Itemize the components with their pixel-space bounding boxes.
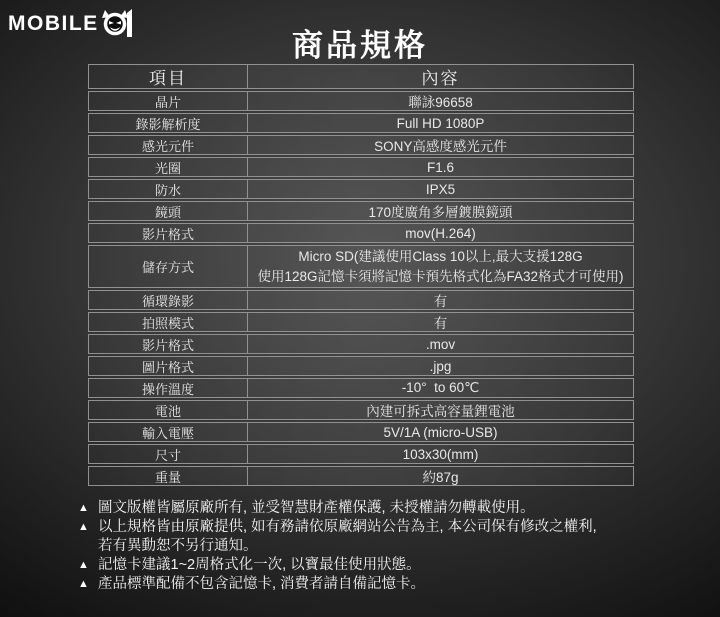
spec-sheet-page: MOBILE 商品規格 項目 內容 晶片 聯詠96658 錄影解析度 Full … <box>0 0 720 617</box>
spec-row-resolution: 錄影解析度 Full HD 1080P <box>88 113 634 133</box>
spec-value: IPX5 <box>248 180 633 198</box>
spec-row-photo-mode: 拍照模式 有 <box>88 312 634 332</box>
spec-row-video-format: 影片格式 mov(H.264) <box>88 223 634 243</box>
spec-label: 拍照模式 <box>89 313 248 331</box>
spec-label: 尺寸 <box>89 445 248 463</box>
spec-table-header: 項目 內容 <box>88 64 634 89</box>
footnote-specs-disclaimer-cont: 若有異動恕不另行通知。 <box>78 537 663 556</box>
spec-label: 光圈 <box>89 158 248 176</box>
spec-value: -10° to 60℃ <box>248 379 633 397</box>
spec-value: .mov <box>248 335 633 353</box>
footnote-text: 產品標準配備不包含記憶卡, 消費者請自備記憶卡。 <box>98 575 425 594</box>
triangle-bullet-icon: ▲ <box>78 518 98 537</box>
spec-label: 重量 <box>89 467 248 485</box>
spec-value: Full HD 1080P <box>248 114 633 132</box>
spec-row-loop-recording: 循環錄影 有 <box>88 290 634 310</box>
spec-label: 影片格式 <box>89 335 248 353</box>
spec-row-battery: 電池 內建可拆式高容量鋰電池 <box>88 400 634 420</box>
footnote-specs-disclaimer: ▲ 以上規格皆由原廠提供, 如有務請依原廠網站公告為主, 本公司保有修改之權利, <box>78 518 663 537</box>
spec-value: 有 <box>248 291 633 309</box>
triangle-bullet-icon: ▲ <box>78 575 98 594</box>
spec-value: 103x30(mm) <box>248 445 633 463</box>
spec-value: .jpg <box>248 357 633 375</box>
spec-value: 有 <box>248 313 633 331</box>
footnotes: ▲ 圖文版權皆屬原廠所有, 並受智慧財產權保護, 未授權請勿轉載使用。 ▲ 以上… <box>78 499 663 594</box>
spec-label: 感光元件 <box>89 136 248 154</box>
header-content-cell: 內容 <box>248 65 633 88</box>
spec-row-image-ext: 圖片格式 .jpg <box>88 356 634 376</box>
spec-row-aperture: 光圈 F1.6 <box>88 157 634 177</box>
spec-value: Micro SD(建議使用Class 10以上,最大支援128G 使用128G記… <box>248 246 633 287</box>
spec-value: 內建可拆式高容量鋰電池 <box>248 401 633 419</box>
footnote-text: 以上規格皆由原廠提供, 如有務請依原廠網站公告為主, 本公司保有修改之權利, <box>98 518 597 537</box>
spec-row-sensor: 感光元件 SONY高感度感光元件 <box>88 135 634 155</box>
spec-label: 電池 <box>89 401 248 419</box>
page-title: 商品規格 <box>0 20 720 65</box>
spec-value-line2: 使用128G記憶卡須將記憶卡預先格式化為FA32格式才可使用) <box>257 267 623 287</box>
spec-label: 操作溫度 <box>89 379 248 397</box>
spec-value: 170度廣角多層鍍膜鏡頭 <box>248 202 633 220</box>
spec-label: 循環錄影 <box>89 291 248 309</box>
triangle-bullet-icon: ▲ <box>78 556 98 575</box>
spec-value: 約87g <box>248 467 633 485</box>
spec-label: 儲存方式 <box>89 246 248 287</box>
spec-label: 晶片 <box>89 92 248 110</box>
spec-label: 影片格式 <box>89 224 248 242</box>
spec-row-storage: 儲存方式 Micro SD(建議使用Class 10以上,最大支援128G 使用… <box>88 245 634 288</box>
spec-label: 輸入電壓 <box>89 423 248 441</box>
spec-row-dimensions: 尺寸 103x30(mm) <box>88 444 634 464</box>
spec-row-chipset: 晶片 聯詠96658 <box>88 91 634 111</box>
spec-value: 5V/1A (micro-USB) <box>248 423 633 441</box>
spec-row-waterproof: 防水 IPX5 <box>88 179 634 199</box>
spec-value: mov(H.264) <box>248 224 633 242</box>
footnote-text: 圖文版權皆屬原廠所有, 並受智慧財產權保護, 未授權請勿轉載使用。 <box>98 499 535 518</box>
spec-value: F1.6 <box>248 158 633 176</box>
spec-label: 防水 <box>89 180 248 198</box>
spec-value: 聯詠96658 <box>248 92 633 110</box>
spec-row-weight: 重量 約87g <box>88 466 634 486</box>
spec-table: 項目 內容 晶片 聯詠96658 錄影解析度 Full HD 1080P 感光元… <box>88 64 634 488</box>
header-item-cell: 項目 <box>89 65 248 88</box>
spec-value-line1: Micro SD(建議使用Class 10以上,最大支援128G <box>298 247 582 267</box>
spec-row-lens: 鏡頭 170度廣角多層鍍膜鏡頭 <box>88 201 634 221</box>
footnote-text: 記憶卡建議1~2周格式化一次, 以寶最佳使用狀態。 <box>98 556 421 575</box>
spec-row-operating-temp: 操作溫度 -10° to 60℃ <box>88 378 634 398</box>
footnote-no-card-included: ▲ 產品標準配備不包含記憶卡, 消費者請自備記憶卡。 <box>78 575 663 594</box>
footnote-copyright: ▲ 圖文版權皆屬原廠所有, 並受智慧財產權保護, 未授權請勿轉載使用。 <box>78 499 663 518</box>
triangle-bullet-icon: ▲ <box>78 499 98 518</box>
footnote-text: 若有異動恕不另行通知。 <box>98 537 258 556</box>
spec-row-video-ext: 影片格式 .mov <box>88 334 634 354</box>
footnote-format-advice: ▲ 記憶卡建議1~2周格式化一次, 以寶最佳使用狀態。 <box>78 556 663 575</box>
spec-label: 圖片格式 <box>89 357 248 375</box>
spec-value: SONY高感度感光元件 <box>248 136 633 154</box>
spec-label: 錄影解析度 <box>89 114 248 132</box>
spec-label: 鏡頭 <box>89 202 248 220</box>
spec-row-input-voltage: 輸入電壓 5V/1A (micro-USB) <box>88 422 634 442</box>
